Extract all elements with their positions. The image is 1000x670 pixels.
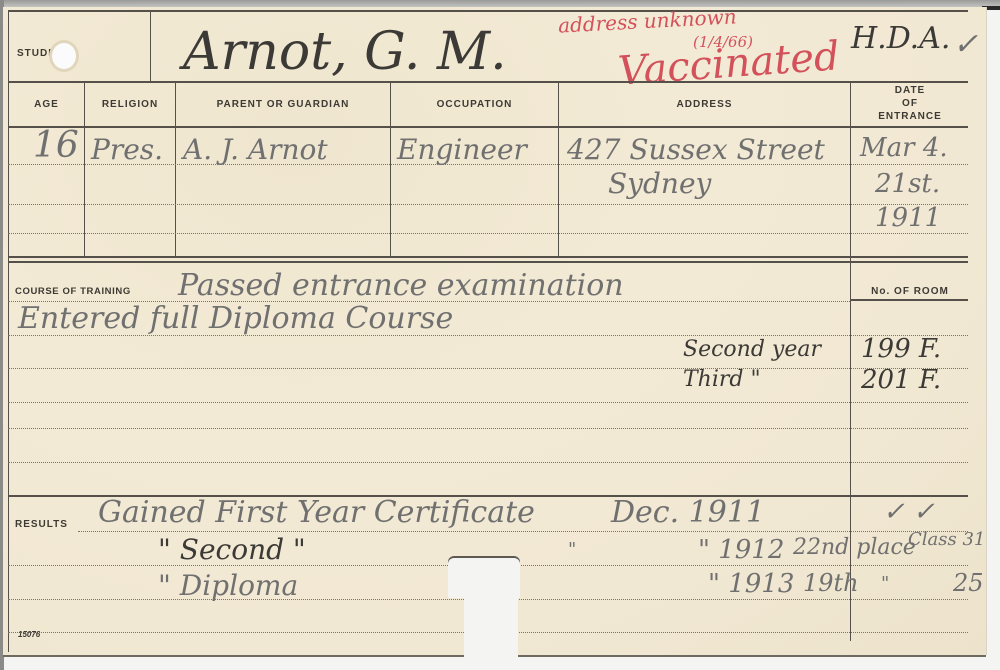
room-header-rule bbox=[850, 299, 968, 301]
result-row-1-checks: ✓ ✓ bbox=[883, 497, 935, 527]
punch-hole bbox=[52, 43, 76, 69]
table-header-rule bbox=[8, 126, 968, 128]
annotation-vaccinated: Vaccinated bbox=[617, 33, 841, 94]
results-label: RESULTS bbox=[15, 519, 68, 530]
result-row-1-text: Gained First Year Certificate bbox=[98, 495, 535, 530]
dotted-line bbox=[8, 204, 968, 205]
course-of-training-label: COURSE OF TRAINING bbox=[15, 286, 131, 297]
entrance-date-line-3: 1911 bbox=[875, 203, 941, 233]
room-third-year: 201 F. bbox=[861, 365, 941, 395]
address-line-1: 427 Sussex Street bbox=[567, 133, 825, 166]
result-row-2-place: 22nd place bbox=[793, 535, 916, 560]
initials: H.D.A. bbox=[851, 21, 950, 56]
section-rule bbox=[8, 256, 968, 258]
address-line-2: Sydney bbox=[608, 167, 711, 200]
result-row-3-place: 19th bbox=[803, 569, 859, 597]
religion-value: Pres. bbox=[91, 133, 163, 166]
dotted-line bbox=[8, 233, 968, 234]
dotted-line bbox=[8, 368, 968, 369]
dotted-line bbox=[8, 428, 968, 429]
room-second-year: 199 F. bbox=[861, 334, 941, 364]
training-line-1: Passed entrance examination bbox=[178, 268, 624, 303]
column-header-occupation: OCCUPATION bbox=[391, 99, 558, 110]
result-row-3-date: " 1913 bbox=[708, 569, 794, 599]
training-line-2: Entered full Diploma Course bbox=[18, 301, 453, 336]
dotted-line bbox=[8, 402, 968, 403]
result-row-2-class: Class 31 bbox=[908, 529, 985, 550]
training-year-second: Second year bbox=[683, 337, 821, 362]
file-notch-stem bbox=[464, 590, 518, 670]
result-row-3-ditto: " bbox=[881, 573, 889, 594]
column-header-address: ADDRESS bbox=[559, 99, 850, 110]
result-row-2-text: " Second " bbox=[158, 533, 306, 566]
frame-top bbox=[8, 10, 968, 12]
dotted-line bbox=[8, 462, 968, 463]
column-header-parent: PARENT OR GUARDIAN bbox=[176, 99, 390, 110]
entrance-date-line-1: Mar 4. bbox=[860, 133, 948, 163]
dotted-line bbox=[78, 531, 968, 532]
check-mark-icon: ✓ bbox=[953, 27, 978, 62]
column-header-religion: RELIGION bbox=[85, 99, 175, 110]
result-row-2-date: " 1912 bbox=[698, 535, 784, 565]
result-row-1-date: Dec. 1911 bbox=[611, 495, 765, 530]
student-name: Arnot, G. M. bbox=[183, 22, 507, 82]
room-number-label: No. OF ROOM bbox=[851, 286, 969, 297]
column-header-date-3: ENTRANCE bbox=[851, 111, 969, 122]
form-number: 15076 bbox=[18, 630, 40, 639]
training-year-third: Third " bbox=[683, 367, 761, 392]
column-header-date-1: DATE bbox=[851, 85, 969, 96]
result-row-2-ditto: " bbox=[568, 539, 576, 560]
column-header-date-2: OF bbox=[851, 98, 969, 109]
age-value: 16 bbox=[33, 125, 79, 166]
header-bottom-rule bbox=[8, 81, 968, 83]
column-header-age: AGE bbox=[9, 99, 84, 110]
student-divider bbox=[150, 10, 151, 82]
section-rule-double bbox=[8, 261, 968, 263]
result-row-3-text: " Diploma bbox=[158, 569, 298, 602]
occupation-value: Engineer bbox=[397, 133, 527, 166]
parent-value: A. J. Arnot bbox=[183, 133, 328, 166]
result-row-3-of: 25 bbox=[953, 569, 984, 597]
entrance-date-line-2: 21st. bbox=[875, 169, 940, 199]
